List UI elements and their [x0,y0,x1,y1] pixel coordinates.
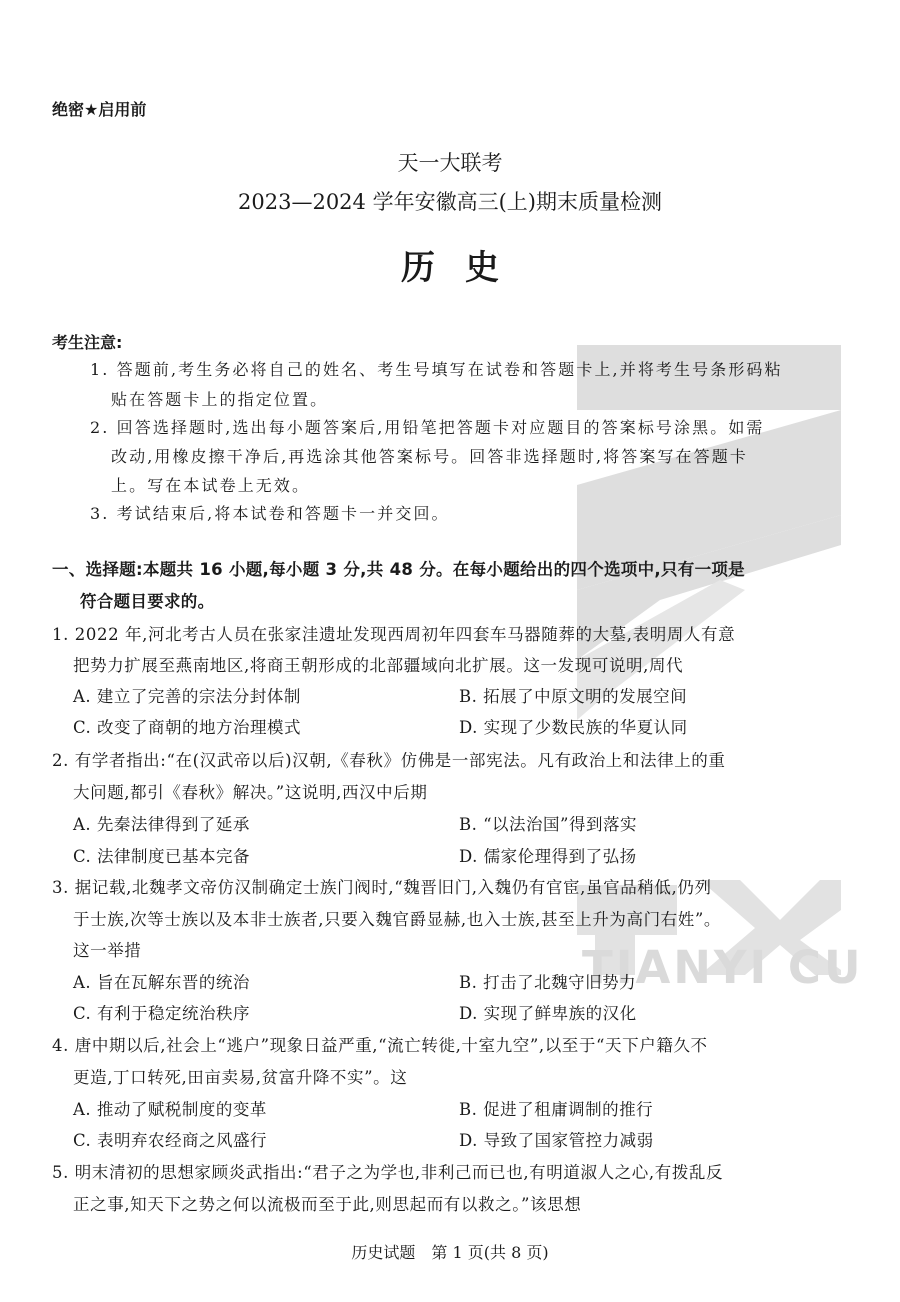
question-1-option-a: A. 建立了完善的宗法分封体制 [73,683,301,707]
section-heading-line-1: 一、选择题:本题共 16 小题,每小题 3 分,共 48 分。在每小题给出的四个… [52,556,745,580]
question-4-option-a: A. 推动了赋税制度的变革 [73,1096,267,1120]
question-5-stem-line-2: 正之事,知天下之势之何以流极而至于此,则思起而有以救之。”该思想 [73,1191,581,1215]
notice-item-3-line-1: 3. 考试结束后,将本试卷和答题卡一并交回。 [90,501,450,524]
question-3-option-d: D. 实现了鲜卑族的汉化 [459,1000,637,1024]
page-footer: 历史试题 第 1 页(共 8 页) [0,1240,900,1263]
question-2-stem-line-2: 大问题,都引《春秋》解决。”这说明,西汉中后期 [73,779,427,803]
question-3-stem-line-3: 这一举措 [73,937,141,961]
subject-title: 历史 [0,240,900,289]
question-2-stem-line-1: 2. 有学者指出:“在(汉武帝以后)汉朝,《春秋》仿佛是一部宪法。凡有政治上和法… [52,747,726,771]
notice-item-2-line-2: 改动,用橡皮擦干净后,再选涂其他答案标号。回答非选择题时,将答案写在答题卡 [111,444,748,467]
question-2-option-a: A. 先秦法律得到了延承 [73,811,250,835]
notice-item-2-line-3: 上。写在本试卷上无效。 [111,473,310,496]
question-4-stem-line-1: 4. 唐中期以后,社会上“逃户”现象日益严重,“流亡转徙,十室九空”,以至于“天… [52,1032,708,1056]
notice-item-1-line-2: 贴在答题卡上的指定位置。 [111,387,328,410]
question-3-stem-line-2: 于士族,次等士族以及本非士族者,只要入魏官爵显赫,也入士族,甚至上升为高门右姓”… [73,906,721,930]
question-4-option-c: C. 表明弃农经商之风盛行 [73,1127,267,1151]
notice-item-1-line-1: 1. 答题前,考生务必将自己的姓名、考生号填写在试卷和答题卡上,并将考生号条形码… [90,357,783,380]
question-1-option-d: D. 实现了少数民族的华夏认同 [459,714,688,738]
exam-title: 2023—2024 学年安徽高三(上)期末质量检测 [0,186,900,216]
question-2-option-d: D. 儒家伦理得到了弘扬 [459,843,637,867]
question-3-option-c: C. 有利于稳定统治秩序 [73,1000,250,1024]
notice-title: 考生注意: [52,330,122,353]
question-2-option-b: B. “以法治国”得到落实 [459,811,637,835]
question-4-option-d: D. 导致了国家管控力减弱 [459,1127,654,1151]
section-heading-line-2: 符合题目要求的。 [80,588,214,612]
question-1-stem-line-2: 把势力扩展至燕南地区,将商王朝形成的北部疆域向北扩展。这一发现可说明,周代 [73,652,683,676]
question-1-stem-line-1: 1. 2022 年,河北考古人员在张家洼遗址发现西周初年四套车马器随葬的大墓,表… [52,621,735,645]
question-3-option-b: B. 打击了北魏守旧势力 [459,969,636,993]
notice-item-2-line-1: 2. 回答选择题时,选出每小题答案后,用铅笔把答题卡对应题目的答案标号涂黑。如需 [90,415,765,438]
question-1-option-b: B. 拓展了中原文明的发展空间 [459,683,687,707]
question-4-stem-line-2: 更造,丁口转死,田亩卖易,贫富升降不实”。这 [73,1064,407,1088]
organization-title: 天一大联考 [0,147,900,177]
question-1-option-c: C. 改变了商朝的地方治理模式 [73,714,301,738]
question-3-option-a: A. 旨在瓦解东晋的统治 [73,969,250,993]
question-5-stem-line-1: 5. 明末清初的思想家顾炎武指出:“君子之为学也,非利己而已也,有明道淑人之心,… [52,1159,723,1183]
question-4-option-b: B. 促进了租庸调制的推行 [459,1096,653,1120]
exam-page: 绝密★启用前 天一大联考 2023—2024 学年安徽高三(上)期末质量检测 历… [0,0,900,1302]
question-2-option-c: C. 法律制度已基本完备 [73,843,250,867]
question-3-stem-line-1: 3. 据记载,北魏孝文帝仿汉制确定士族门阀时,“魏晋旧门,入魏仍有官宦,虽官品稍… [52,874,712,898]
confidential-label: 绝密★启用前 [52,97,146,120]
